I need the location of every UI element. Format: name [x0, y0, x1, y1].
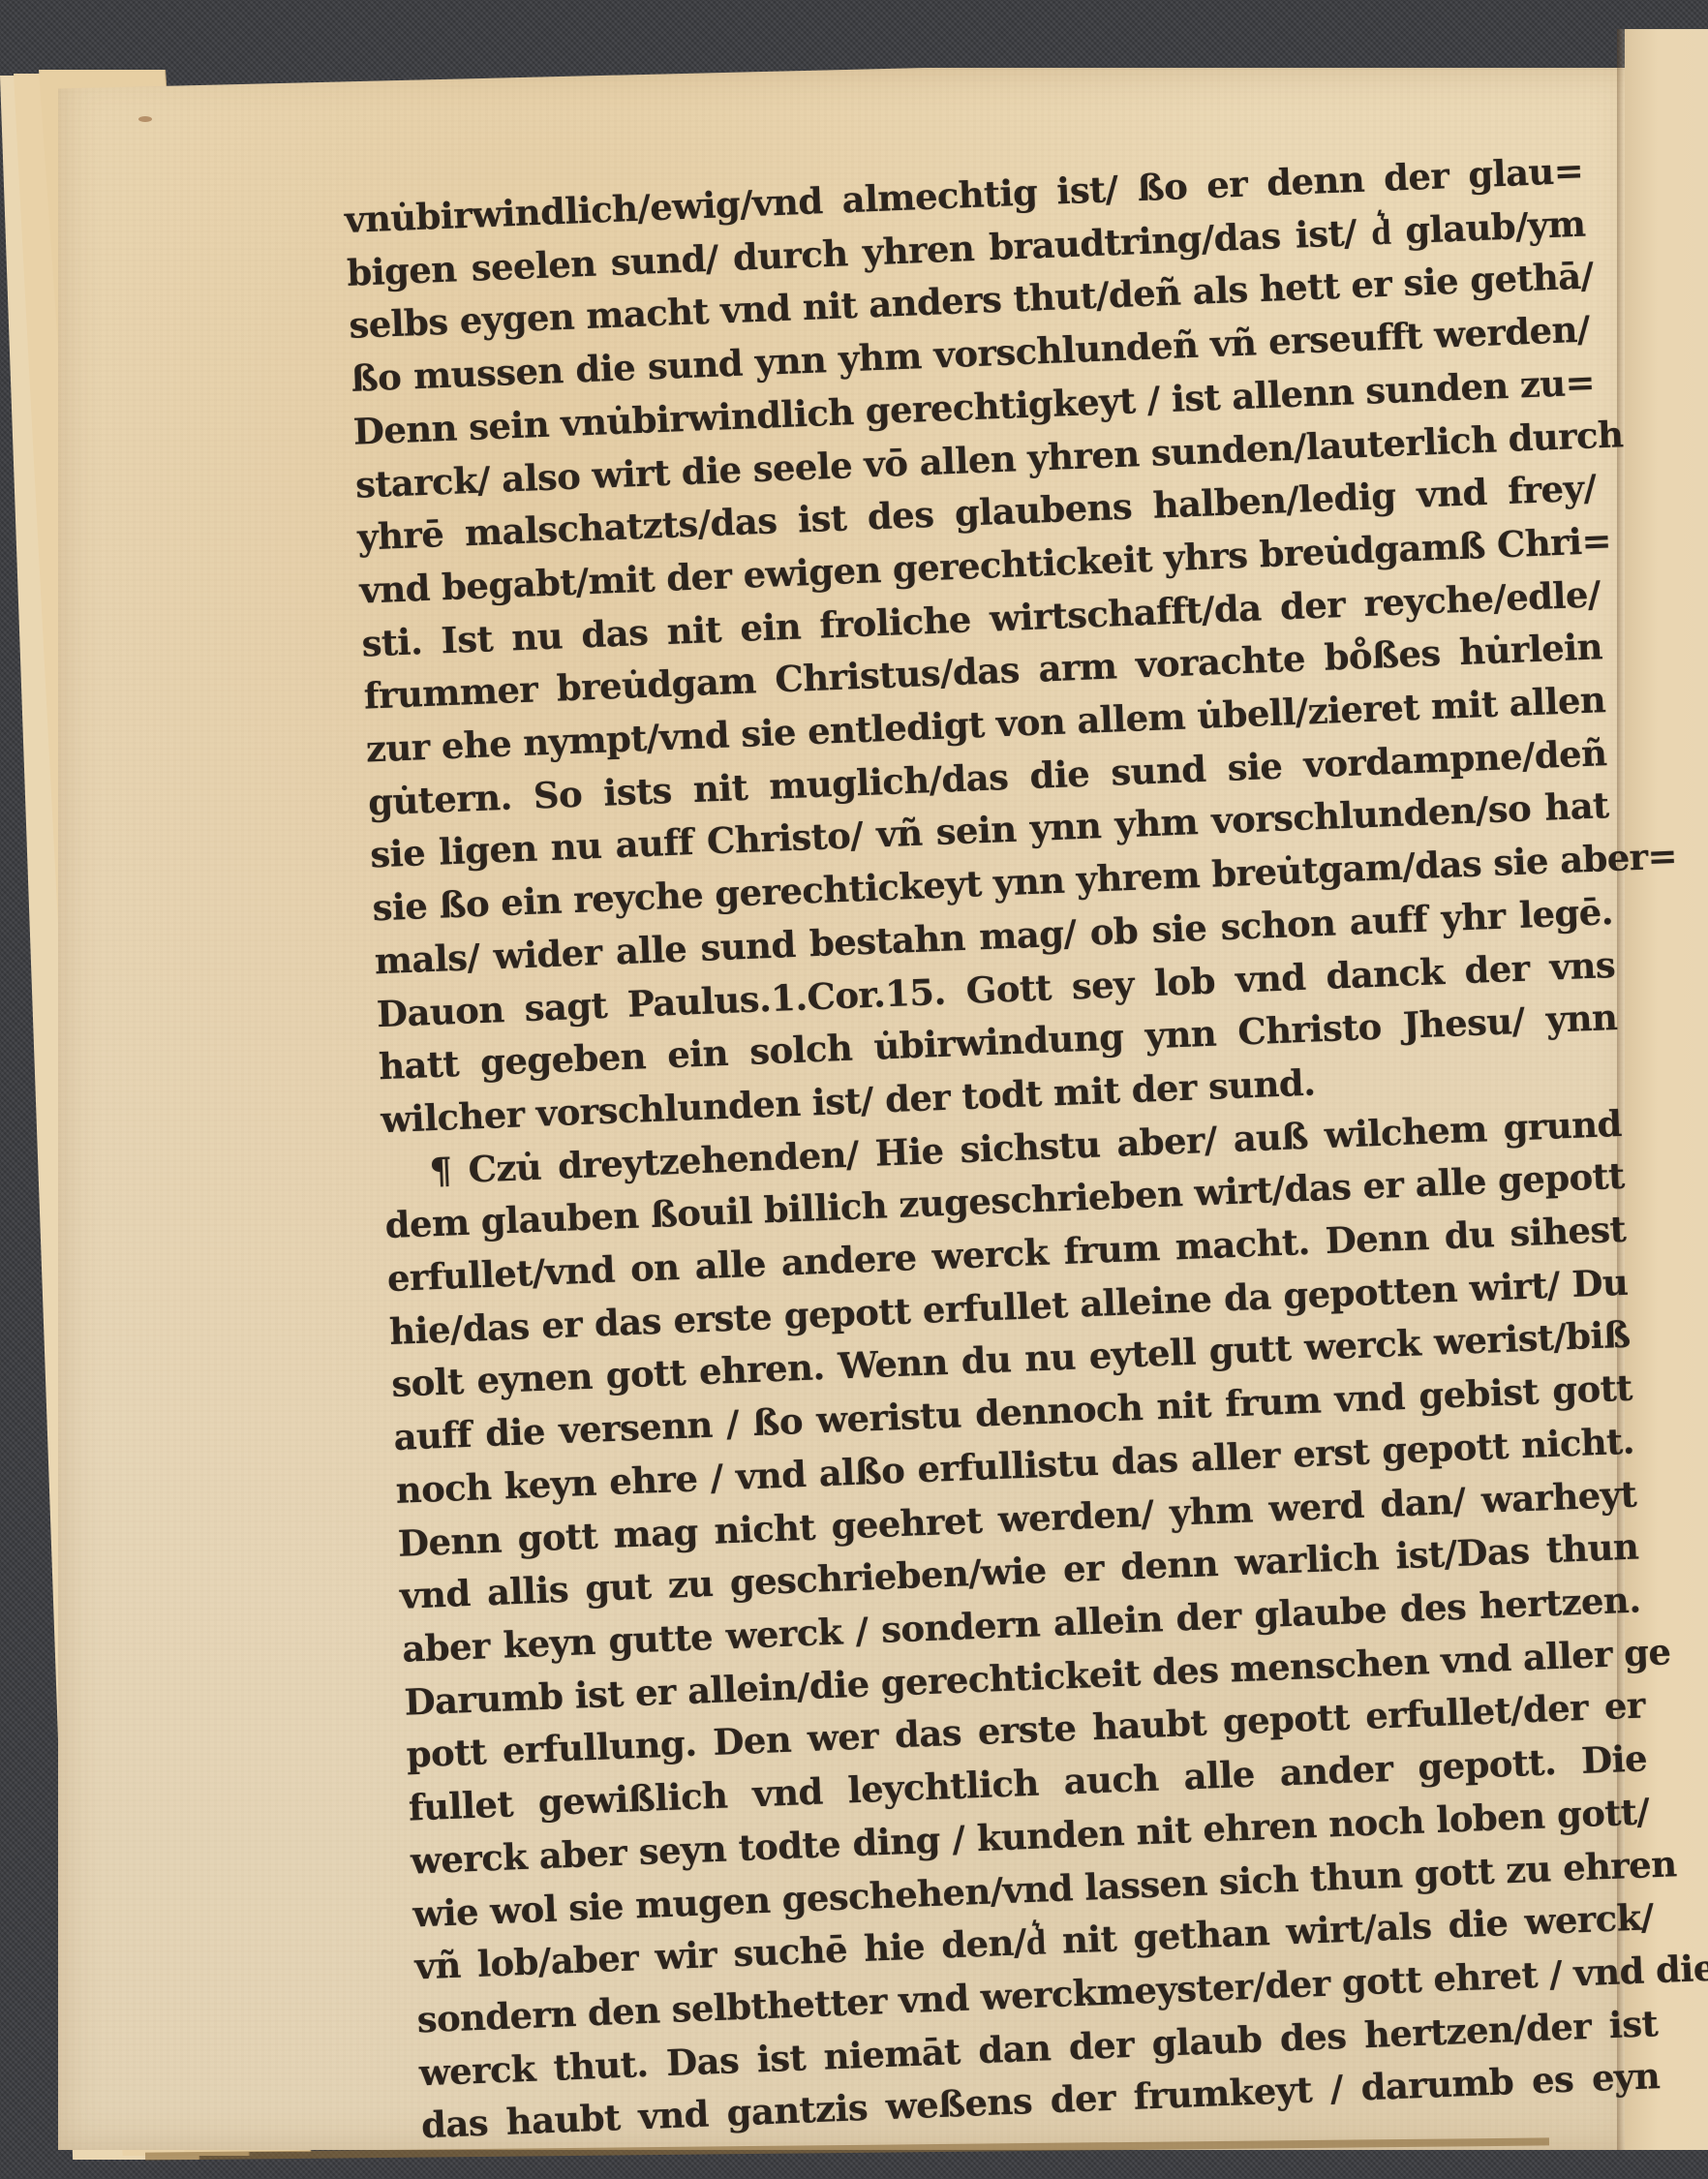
paper-stain — [138, 116, 152, 122]
book-scan: vnu̇birwindlich/ewig/vnd almechtig ist/ … — [0, 0, 1708, 2179]
page-text: vnu̇birwindlich/ewig/vnd almechtig ist/ … — [344, 142, 1708, 2153]
